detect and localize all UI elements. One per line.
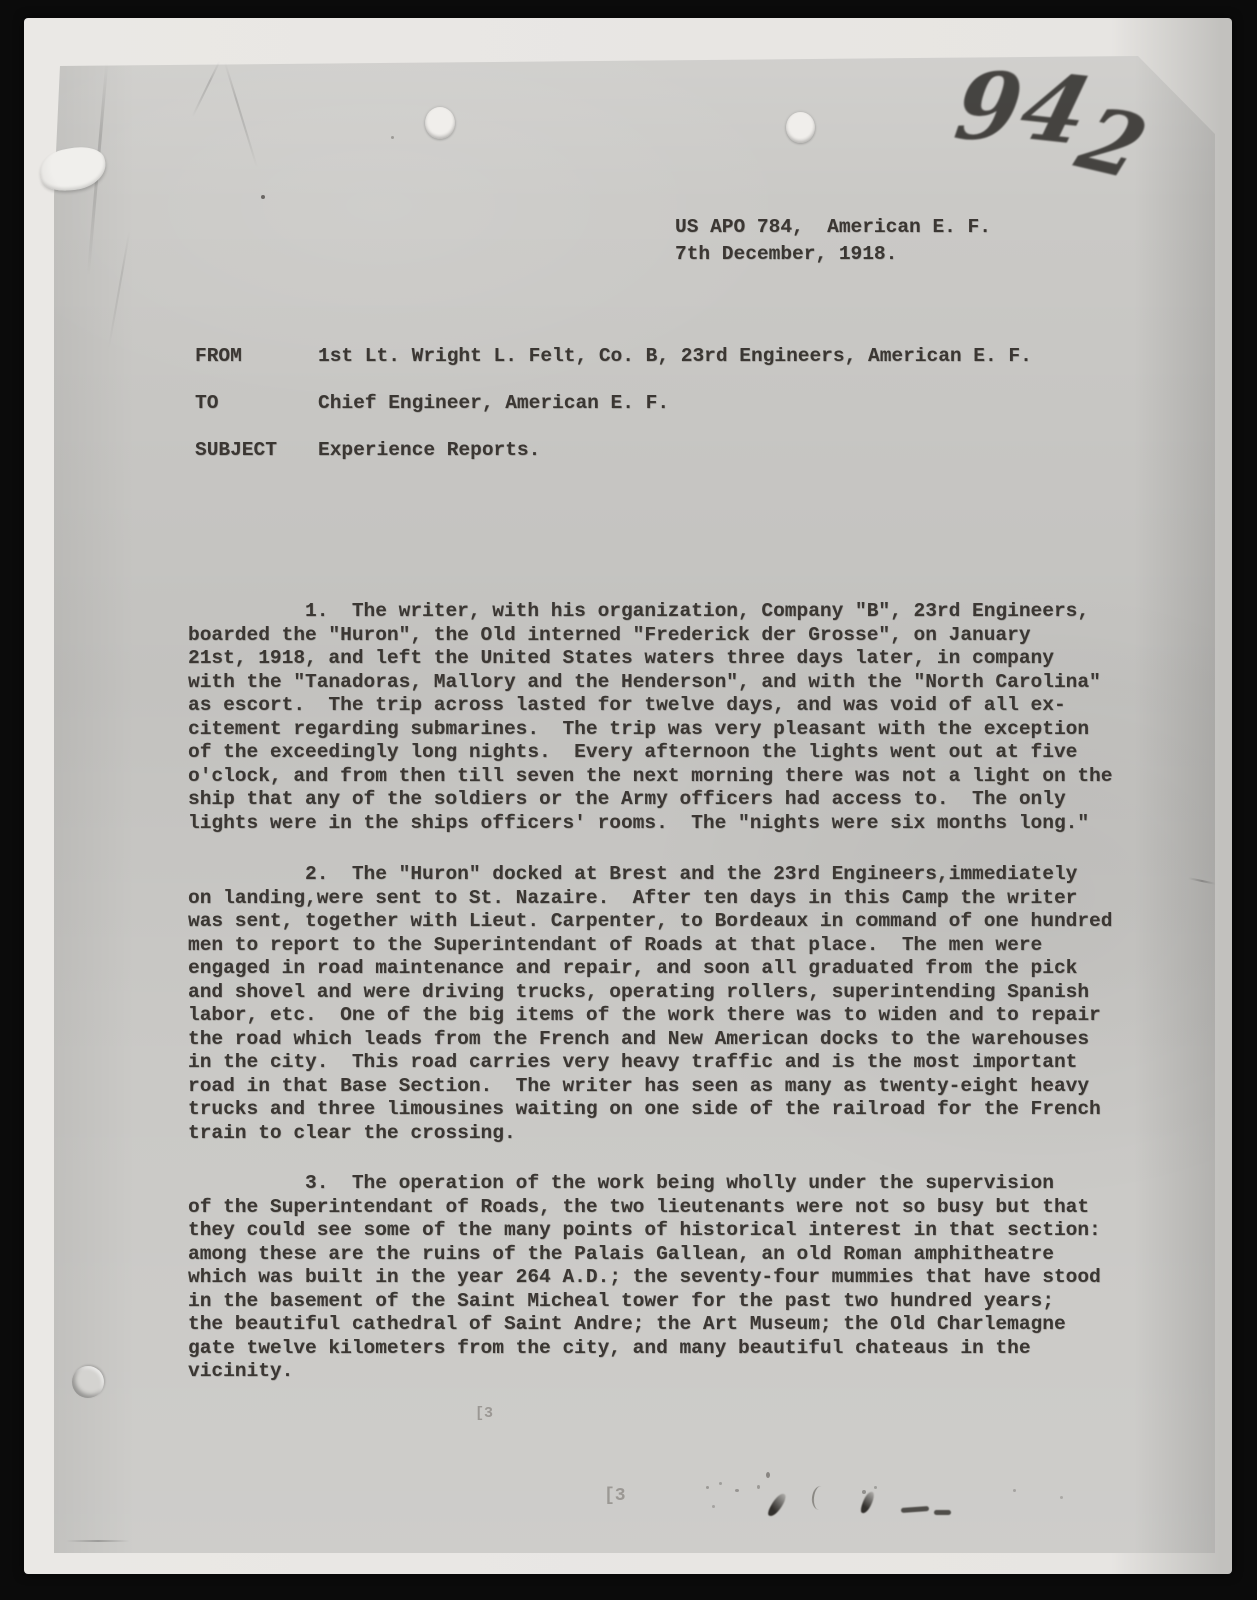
ink-smudge	[934, 1510, 951, 1515]
ink-speck	[874, 1486, 877, 1489]
ink-speck	[735, 1489, 739, 1492]
ink-speck	[261, 195, 265, 199]
subject-label: SUBJECT	[195, 439, 277, 463]
field-row-from: FROM 1st Lt. Wright L. Felt, Co. B, 23rd…	[195, 345, 1095, 369]
ink-speck	[757, 1485, 760, 1489]
from-value: 1st Lt. Wright L. Felt, Co. B, 23rd Engi…	[318, 345, 1032, 369]
ink-speck	[1013, 1489, 1016, 1492]
to-label: TO	[195, 392, 218, 416]
to-value: Chief Engineer, American E. F.	[318, 392, 669, 416]
punch-hole-top-a	[425, 107, 455, 139]
faint-stamp-mark: [3	[604, 1486, 626, 1506]
field-row-subject: SUBJECT Experience Reports.	[195, 439, 1095, 463]
heading-date-line: 7th December, 1918.	[675, 241, 991, 268]
ink-speck	[391, 136, 394, 139]
punch-hole-bottom-left	[72, 1366, 104, 1398]
handwritten-page-number: 942	[935, 51, 1199, 215]
subject-value: Experience Reports.	[318, 439, 540, 463]
scan-background: { "document": { "handwritten_page_number…	[0, 0, 1257, 1600]
punch-hole-top-b	[786, 112, 815, 143]
paragraph-1: 1. The writer, with his organization, Co…	[188, 600, 1112, 835]
crease-line	[66, 1540, 130, 1542]
paragraph-2: 2. The "Huron" docked at Brest and the 2…	[188, 863, 1112, 1145]
paragraph-3: 3. The operation of the work being wholl…	[188, 1172, 1101, 1384]
ink-speck	[712, 1505, 715, 1508]
letter-heading: US APO 784, American E. F.7th December, …	[675, 214, 991, 268]
from-label: FROM	[195, 345, 242, 369]
faint-stamp-mark: [3	[475, 1405, 493, 1422]
ink-speck	[706, 1486, 709, 1489]
heading-station-line: US APO 784, American E. F.	[675, 214, 991, 241]
field-row-to: TO Chief Engineer, American E. F.	[195, 392, 1095, 416]
ink-speck	[862, 1490, 866, 1494]
ink-speck	[766, 1472, 770, 1478]
ink-speck	[719, 1482, 722, 1485]
ink-speck	[1060, 1496, 1063, 1499]
